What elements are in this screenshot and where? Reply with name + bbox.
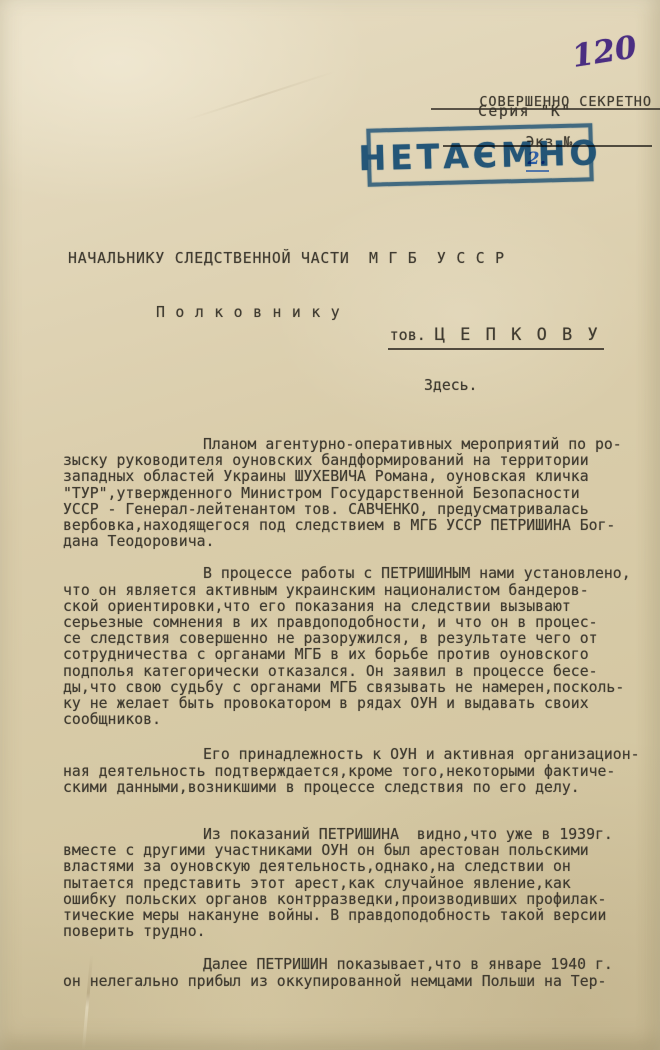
body-line: УССР - Генерал-лейтенантом тов. САВЧЕНКО… [63,502,638,518]
body-line: он нелегально прибыл из оккупированной н… [63,974,638,990]
body-line: вербовка,находящегося под следствием в М… [63,518,638,534]
body-line: подполья категорически отказался. Он зая… [63,664,638,680]
document-body: Планом агентурно-оперативных мероприятий… [63,437,638,990]
stamp-text: НЕТАЄМНО [358,132,602,178]
body-line: сотрудничества с органами МГБ в их борьб… [63,647,638,663]
recipient-title-line: НАЧАЛЬНИКУ СЛЕДСТВЕННОЙ ЧАСТИ М Г Б У С … [68,251,505,267]
body-line: скими данными,возникшими в процессе след… [63,780,638,796]
addressee-prefix: тов. [390,326,426,344]
paragraph: Из показаний ПЕТРИШИНА видно,что уже в 1… [63,827,638,940]
body-line: ды,что свою судьбу с органами МГБ связыв… [63,680,638,696]
body-line: ошибку польских органов контрразведки,пр… [63,892,638,908]
body-line: сообщников. [63,712,638,728]
body-line: западных областей Украины ШУХЕВИЧА Роман… [63,469,638,485]
paragraph: Планом агентурно-оперативных мероприятий… [63,437,638,550]
body-line: ная деятельность подтверждается,кроме то… [63,764,638,780]
body-line: Его принадлежность к ОУН и активная орга… [63,747,638,763]
body-line: се следствия совершенно не разоружился, … [63,631,638,647]
body-line: что он является активным украинским наци… [63,583,638,599]
body-line: дана Теодоровича. [63,534,638,550]
addressee-underline: тов. Ц Е П К О В У [388,327,605,350]
body-line: властями за оуновскую деятельность,однак… [63,859,638,875]
body-line: серьезные сомнения в их правдоподобности… [63,615,638,631]
body-line: Планом агентурно-оперативных мероприятий… [63,437,638,453]
body-line: Из показаний ПЕТРИШИНА видно,что уже в 1… [63,827,638,843]
body-line: ской ориентировки,что его показания на с… [63,599,638,615]
body-line: зыску руководителя оуновских бандформиро… [63,453,638,469]
body-line: тические меры накануне войны. В правдопо… [63,908,638,924]
addressee-line: тов. Ц Е П К О В У [352,311,604,367]
body-line: ку не желает быть провокатором в рядах О… [63,696,638,712]
addressee-name: Ц Е П К О В У [435,325,601,345]
body-line: В процессе работы с ПЕТРИШИНЫМ нами уста… [63,566,638,582]
paragraph: В процессе работы с ПЕТРИШИНЫМ нами уста… [63,566,638,728]
document-page: 120 СОВЕРШЕННО СЕКРЕТНО Серия "К" Экз.№ … [0,0,660,1050]
handwritten-page-number: 120 [570,29,640,75]
body-line: "ТУР",утвержденного Министром Государств… [63,486,638,502]
paragraph: Далее ПЕТРИШИН показывает,что в январе 1… [63,957,638,989]
netaemno-stamp: НЕТАЄМНО [366,123,593,187]
body-line: вместе с другими участниками ОУН он был … [63,843,638,859]
body-line: Далее ПЕТРИШИН показывает,что в январе 1… [63,957,638,973]
paper-crease [184,70,337,121]
location-line: Здесь. [424,378,477,394]
series-label: Серия "К" [478,104,572,120]
body-line: поверить трудно. [63,924,638,940]
body-line: пытается представить этот арест,как случ… [63,876,638,892]
paragraph: Его принадлежность к ОУН и активная орга… [63,747,638,796]
